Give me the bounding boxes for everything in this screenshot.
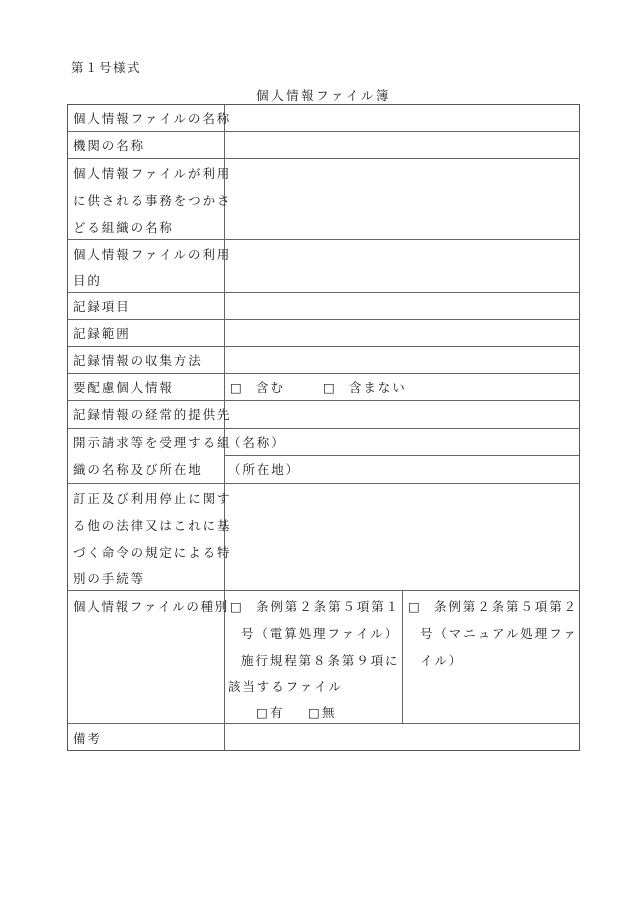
manual-file-line-3: イル） bbox=[420, 647, 463, 674]
label-file-name: 個人情報ファイルの名称 bbox=[73, 105, 231, 132]
label-special-procedures-line-4: 別の手続等 bbox=[73, 565, 145, 592]
field-regular-recipients[interactable] bbox=[229, 401, 574, 427]
field-remarks[interactable] bbox=[229, 725, 574, 750]
manual-file-line-1: 条例第２条第５項第２ bbox=[434, 593, 578, 620]
label-agency-name: 機関の名称 bbox=[73, 132, 145, 159]
label-disclosure-org-line-2: 織の名称及び所在地 bbox=[73, 456, 203, 483]
electronic-file-line-3: 施行規程第８条第９項に bbox=[241, 647, 399, 674]
label-regular-recipients: 記録情報の経常的提供先 bbox=[73, 401, 231, 428]
file-type-option-divider bbox=[402, 590, 403, 723]
label-file-type: 個人情報ファイルの種別 bbox=[73, 593, 229, 620]
label-sensitive-info: 要配慮個人情報 bbox=[73, 374, 174, 401]
label-record-scope: 記録範囲 bbox=[73, 320, 131, 347]
label-applicable-yes: 有 bbox=[270, 699, 284, 726]
checkbox-manual-file[interactable]: □ bbox=[408, 593, 422, 620]
row-divider bbox=[67, 483, 580, 484]
label-managing-org-line-2: に供される事務をつかさ bbox=[73, 187, 231, 214]
field-agency-name[interactable] bbox=[229, 132, 574, 158]
option-label-includes: 含む bbox=[256, 374, 285, 401]
label-managing-org-line-1: 個人情報ファイルが利用 bbox=[73, 160, 231, 187]
field-record-scope[interactable] bbox=[229, 320, 574, 346]
label-disclosure-org-line-1: 開示請求等を受理する組 bbox=[73, 429, 231, 456]
form-number: 第１号様式 bbox=[71, 58, 141, 76]
field-collection-method[interactable] bbox=[229, 347, 574, 373]
label-special-procedures-line-3: づく命令の規定による特 bbox=[73, 539, 231, 566]
electronic-file-line-2: 号（電算処理ファイル） bbox=[241, 620, 399, 647]
checkbox-excludes[interactable]: □ bbox=[323, 374, 337, 401]
field-purpose[interactable] bbox=[229, 241, 574, 291]
field-special-procedures[interactable] bbox=[229, 485, 574, 589]
label-purpose-line-2: 目的 bbox=[73, 267, 102, 294]
label-record-items: 記録項目 bbox=[73, 293, 131, 320]
field-file-name[interactable] bbox=[229, 105, 574, 131]
field-disclosure-org-name[interactable]: （名称） bbox=[228, 429, 286, 456]
label-applicable-no: 無 bbox=[322, 699, 336, 726]
electronic-file-line-4: 該当するファイル bbox=[228, 673, 343, 700]
label-collection-method: 記録情報の収集方法 bbox=[73, 347, 203, 374]
option-label-excludes: 含まない bbox=[349, 374, 407, 401]
manual-file-line-2: 号（マニュアル処理ファ bbox=[420, 620, 578, 647]
field-disclosure-org-address[interactable]: （所在地） bbox=[228, 456, 300, 483]
label-managing-org-line-3: どる組織の名称 bbox=[73, 214, 174, 241]
field-record-items[interactable] bbox=[229, 293, 574, 319]
checkbox-includes[interactable]: □ bbox=[230, 374, 244, 401]
checkbox-electronic-file[interactable]: □ bbox=[230, 593, 244, 620]
field-managing-org[interactable] bbox=[229, 160, 574, 238]
label-special-procedures-line-1: 訂正及び利用停止に関す bbox=[73, 485, 231, 512]
label-remarks: 備考 bbox=[73, 725, 102, 752]
label-special-procedures-line-2: る他の法律又はこれに基 bbox=[73, 512, 231, 539]
document-title: 個人情報ファイル簿 bbox=[67, 86, 580, 104]
electronic-file-line-1: 条例第２条第５項第１ bbox=[256, 593, 400, 620]
checkbox-applicable-no[interactable]: □ bbox=[308, 699, 320, 726]
checkbox-applicable-yes[interactable]: □ bbox=[256, 699, 268, 726]
label-purpose-line-1: 個人情報ファイルの利用 bbox=[73, 241, 231, 268]
